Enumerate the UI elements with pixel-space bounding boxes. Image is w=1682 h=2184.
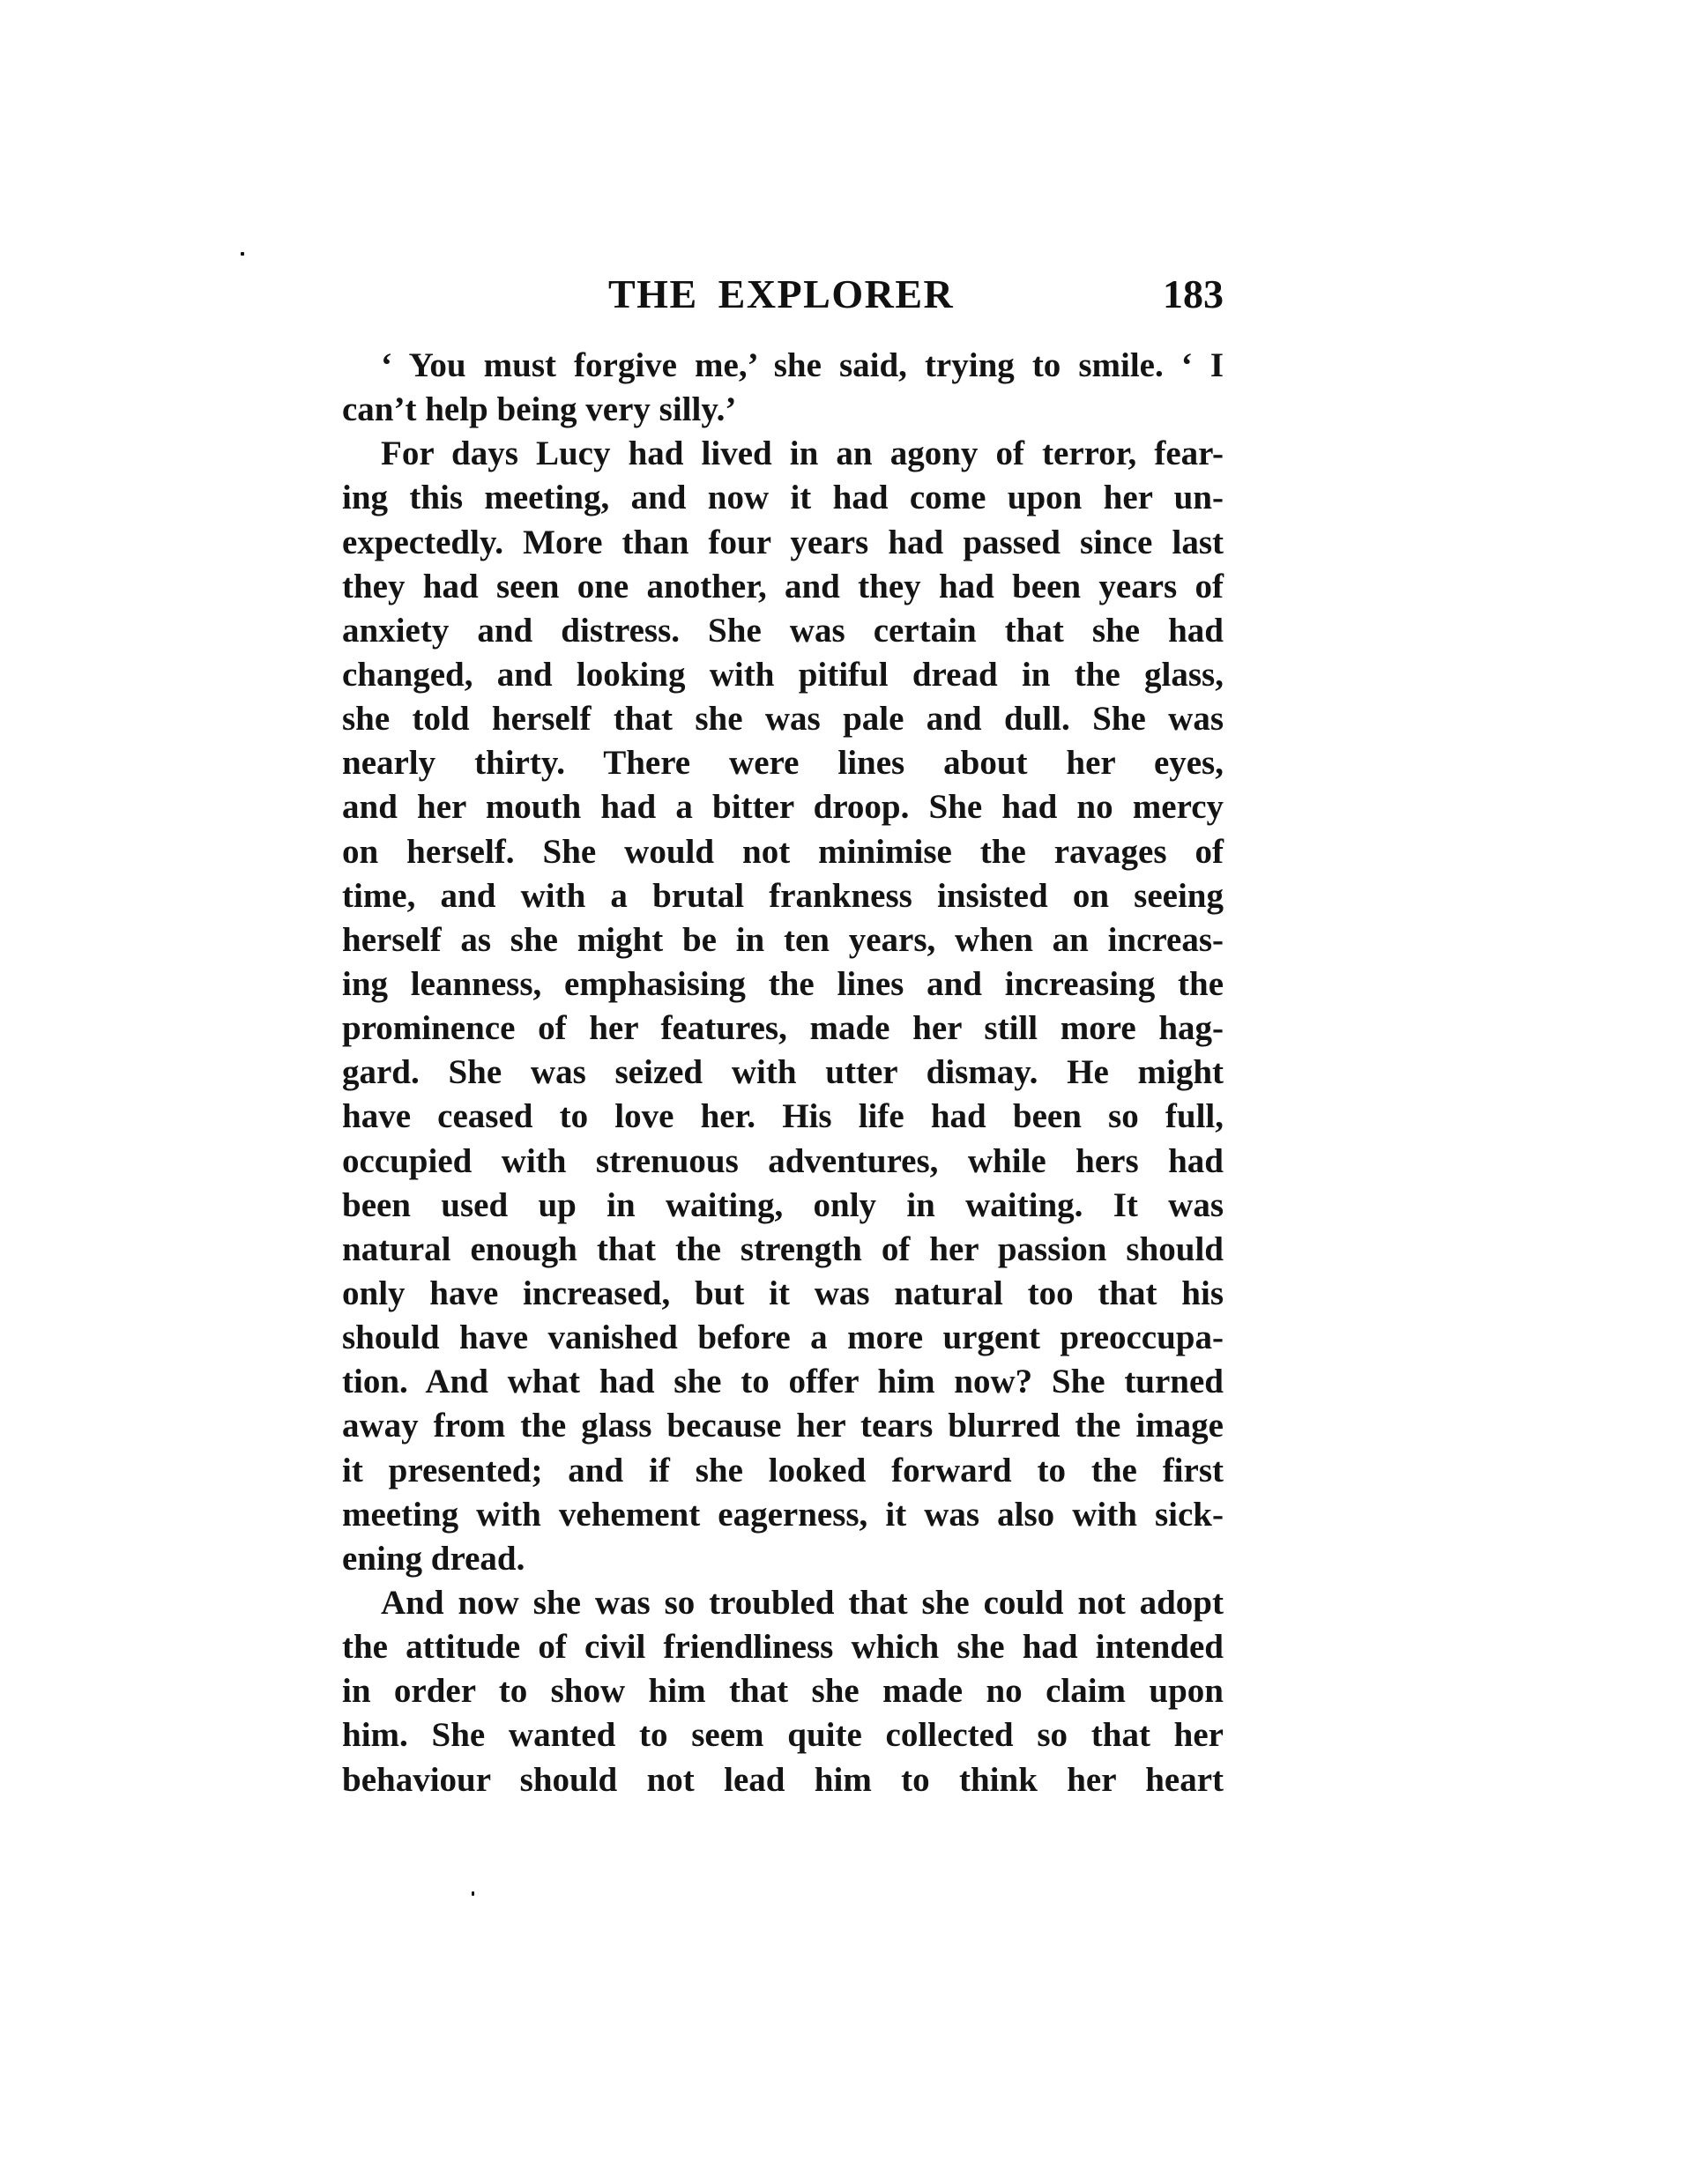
text-line: expectedly. More than four years had pas… — [342, 521, 1224, 565]
text-line: away from the glass because her tears bl… — [342, 1404, 1224, 1448]
scan-speck — [472, 1891, 474, 1896]
text-line: have ceased to love her. His life had be… — [342, 1095, 1224, 1139]
text-line: gard. She was seized with utter dismay. … — [342, 1051, 1224, 1095]
scan-speck — [241, 252, 244, 256]
text-line: him. She wanted to seem quite collected … — [342, 1713, 1224, 1757]
text-line: in order to show him that she made no cl… — [342, 1669, 1224, 1713]
text-line: prominence of her features, made her sti… — [342, 1007, 1224, 1051]
text-line: occupied with strenuous adventures, whil… — [342, 1140, 1224, 1184]
text-line: ening dread. — [342, 1537, 1224, 1581]
text-line: on herself. She would not minimise the r… — [342, 830, 1224, 874]
text-line: ing this meeting, and now it had come up… — [342, 476, 1224, 520]
running-title: THE EXPLORER — [608, 270, 954, 319]
text-line: she told herself that she was pale and d… — [342, 697, 1224, 741]
text-line: anxiety and distress. She was certain th… — [342, 609, 1224, 653]
text-line: behaviour should not lead him to think h… — [342, 1758, 1224, 1802]
text-line: changed, and looking with pitiful dread … — [342, 653, 1224, 697]
text-line: herself as she might be in ten years, wh… — [342, 918, 1224, 962]
text-line: it presented; and if she looked forward … — [342, 1449, 1224, 1493]
text-line: ‘ You must forgive me,’ she said, trying… — [342, 344, 1224, 388]
text-line: meeting with vehement eagerness, it was … — [342, 1493, 1224, 1537]
text-line: For days Lucy had lived in an agony of t… — [342, 432, 1224, 476]
text-line: And now she was so troubled that she cou… — [342, 1581, 1224, 1625]
text-line: the attitude of civil friendliness which… — [342, 1625, 1224, 1669]
text-line: can’t help being very silly.’ — [342, 388, 1224, 432]
text-line: they had seen one another, and they had … — [342, 565, 1224, 609]
text-line: nearly thirty. There were lines about he… — [342, 741, 1224, 785]
page-number: 183 — [1163, 270, 1224, 319]
text-line: tion. And what had she to offer him now?… — [342, 1360, 1224, 1404]
text-line: ing leanness, emphasising the lines and … — [342, 962, 1224, 1007]
text-line: been used up in waiting, only in waiting… — [342, 1184, 1224, 1228]
text-line: natural enough that the strength of her … — [342, 1228, 1224, 1272]
text-line: should have vanished before a more urgen… — [342, 1316, 1224, 1360]
text-line: time, and with a brutal frankness insist… — [342, 874, 1224, 918]
book-page: THE EXPLORER 183 ‘ You must forgive me,’… — [0, 0, 1682, 2184]
text-line: and her mouth had a bitter droop. She ha… — [342, 785, 1224, 829]
text-line: only have increased, but it was natural … — [342, 1272, 1224, 1316]
body-text: ‘ You must forgive me,’ she said, trying… — [342, 344, 1224, 1802]
